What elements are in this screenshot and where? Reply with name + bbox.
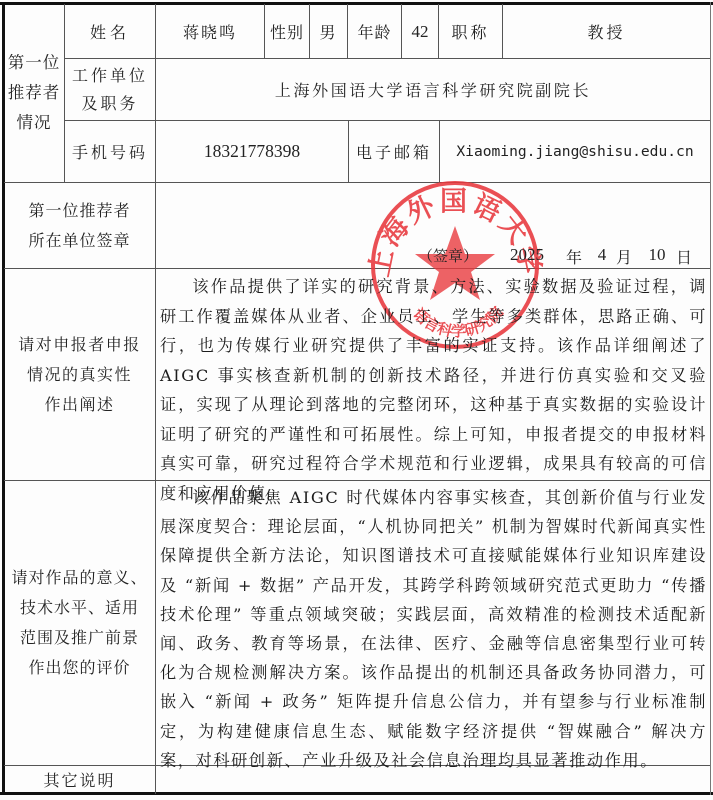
other-notes-value [156, 766, 710, 792]
name-value: 蒋晓鸣 [156, 5, 264, 58]
other-notes-label: 其它说明 [4, 766, 155, 792]
email-label: 电子邮箱 [349, 121, 439, 182]
employer-value: 上海外国语大学语言科学研究院副院长 [156, 59, 710, 120]
border-right [710, 2, 711, 795]
phone-label: 手机号码 [65, 121, 155, 182]
recommender-section-label: 第一位 推荐者 情况 [4, 4, 64, 182]
day-unit: 日 [676, 245, 696, 268]
year-value: 2025 [510, 245, 566, 268]
signature-label: 第一位推荐者 所在单位签章 [4, 183, 155, 268]
label-line: 第一位推荐者 [28, 196, 130, 226]
age-value: 42 [402, 5, 438, 58]
recommendation-form: 第一位 推荐者 情况 姓名 蒋晓鸣 性别 男 年龄 42 职称 教授 工作单位 … [0, 0, 713, 800]
stamp-hint: （签章） [418, 245, 510, 268]
authenticity-statement: 该作品提供了详实的研究背景、方法、实验数据及验证过程，调研工作覆盖媒体从业者、企… [160, 272, 707, 508]
month-unit: 月 [610, 245, 638, 268]
label-line: 及职务 [81, 90, 138, 118]
age-label: 年龄 [348, 5, 401, 58]
phone-value: 18321778398 [156, 121, 348, 182]
evaluation-label: 请对作品的意义、 技术水平、适用 范围及推广前景 作出您的评价 [4, 481, 155, 765]
month-value: 4 [594, 245, 610, 268]
label-line: 范围及推广前景 [20, 623, 139, 653]
year-unit: 年 [566, 245, 594, 268]
label-line: 请对申报者申报 [18, 330, 141, 360]
authenticity-label: 请对申报者申报 情况的真实性 作出阐述 [4, 269, 155, 480]
gender-value: 男 [310, 5, 347, 58]
signature-date-line: （签章） 2025 年 4 月 10 日 [418, 245, 696, 268]
label-line: 情况 [17, 108, 52, 138]
label-line: 作出阐述 [44, 390, 114, 420]
label-line: 技术水平、适用 [20, 593, 139, 623]
label-line: 第一位 [8, 48, 61, 78]
label-line: 情况的真实性 [27, 360, 132, 390]
label-line: 推荐者 [8, 78, 61, 108]
evaluation-statement: 该作品聚焦 AIGC 时代媒体内容事实核查，其创新价值与行业发展深度契合：理论层… [160, 483, 707, 775]
label-line: 工作单位 [72, 62, 148, 90]
name-label: 姓名 [65, 5, 155, 58]
day-value: 10 [638, 245, 676, 268]
label-line: 所在单位签章 [28, 226, 130, 256]
email-value: Xiaoming.jiang@shisu.edu.cn [440, 121, 710, 182]
border-bottom [0, 792, 713, 795]
label-line: 请对作品的意义、 [11, 563, 147, 593]
title-value: 教授 [503, 5, 710, 58]
employer-label: 工作单位 及职务 [65, 59, 155, 120]
gender-label: 性别 [265, 5, 309, 58]
label-line: 作出您的评价 [28, 653, 130, 683]
title-label: 职称 [439, 5, 502, 58]
